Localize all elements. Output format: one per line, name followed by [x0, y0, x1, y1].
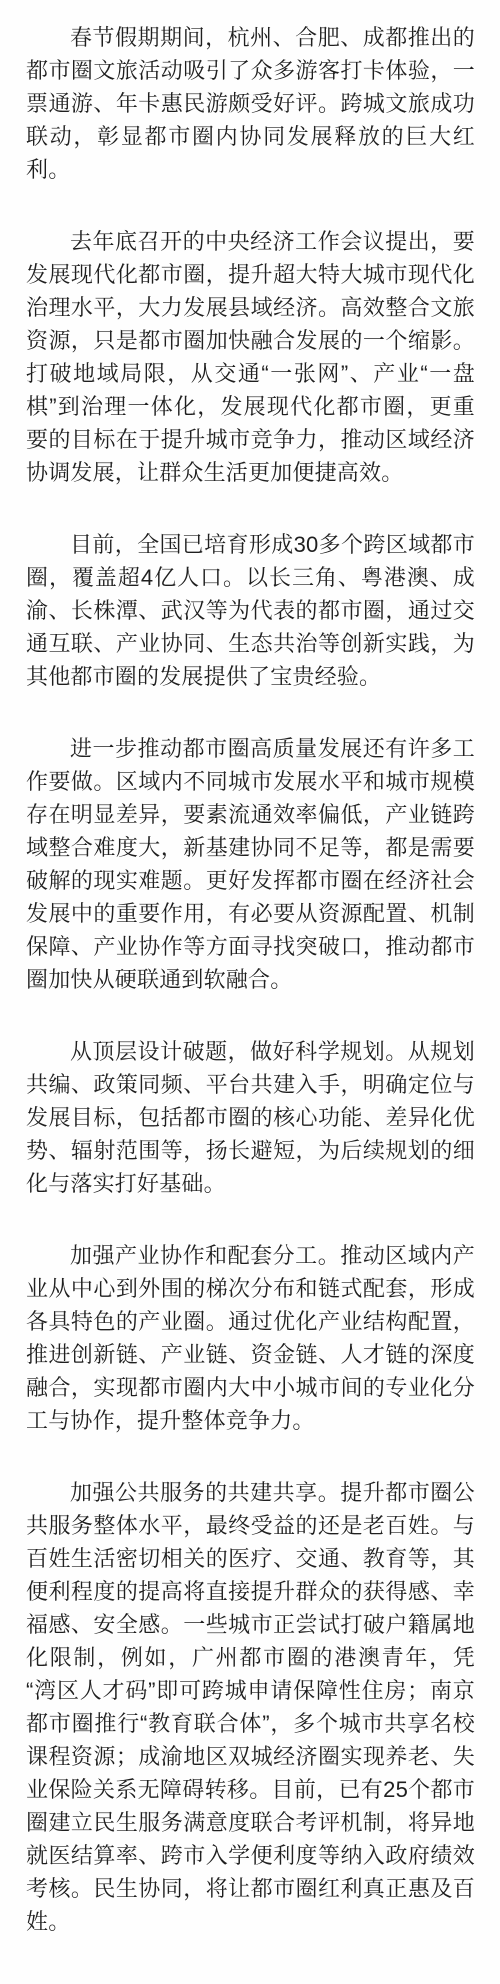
article-paragraph: 目前，全国已培育形成30多个跨区域都市圈，覆盖超4亿人口。以长三角、粤港澳、成渝… [26, 528, 475, 693]
article-paragraph: 加强产业协作和配套分工。推动区域内产业从中心到外围的梯次分布和链式配套，形成各具… [26, 1239, 475, 1437]
article-body: 春节假期期间，杭州、合肥、成都推出的都市圈文旅活动吸引了众多游客打卡体验，一票通… [0, 0, 500, 1984]
article-paragraph: 加强公共服务的共建共享。提升都市圈公共服务整体水平，最终受益的还是老百姓。与百姓… [26, 1476, 475, 1938]
article-paragraph: 从顶层设计破题，做好科学规划。从规划共编、政策同频、平台共建入手，明确定位与发展… [26, 1035, 475, 1200]
article-paragraph: 春节假期期间，杭州、合肥、成都推出的都市圈文旅活动吸引了众多游客打卡体验，一票通… [26, 21, 475, 186]
article-paragraph: 进一步推动都市圈高质量发展还有许多工作要做。区域内不同城市发展水平和城市规模存在… [26, 732, 475, 996]
article-paragraph: 去年底召开的中央经济工作会议提出，要发展现代化都市圈，提升超大特大城市现代化治理… [26, 225, 475, 489]
